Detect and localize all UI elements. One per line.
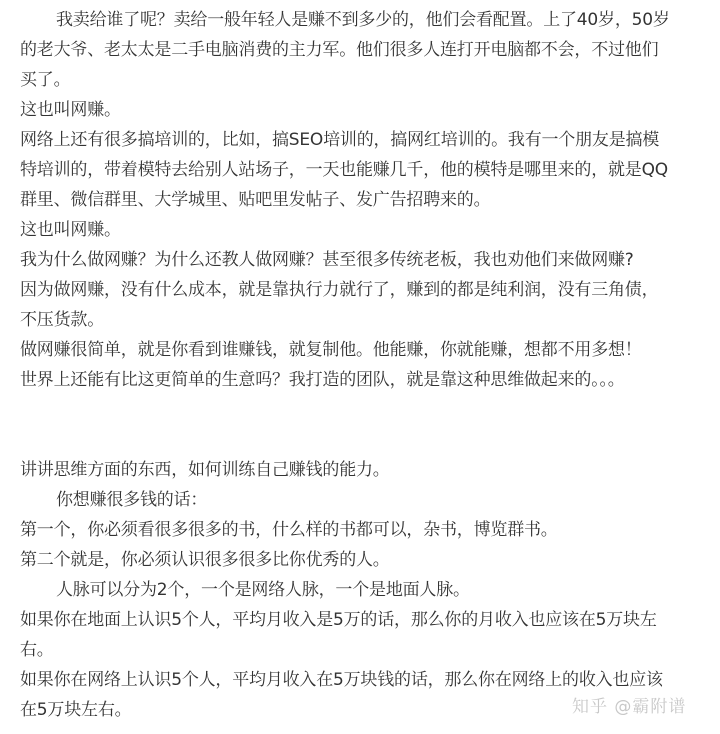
- paragraph-line: 因为做网赚，没有什么成本，就是靠执行力就行了，赚到的都是纯利润，没有三角债，: [20, 275, 710, 305]
- section-mindset: 讲讲思维方面的东西，如何训练自己赚钱的能力。 你想赚很多钱的话： 第一个，你必须…: [20, 455, 710, 725]
- paragraph-line: 讲讲思维方面的东西，如何训练自己赚钱的能力。: [20, 455, 710, 485]
- paragraph-line: 做网赚很简单，就是你看到谁赚钱，就复制他。他能赚，你就能赚，想都不用多想！: [20, 335, 710, 365]
- paragraph-line: 群里、微信群里、大学城里、贴吧里发帖子、发广告招聘来的。: [20, 185, 710, 215]
- paragraph-line: 世界上还能有比这更简单的生意吗？我打造的团队，就是靠这种思维做起来的。。。: [20, 365, 710, 395]
- paragraph-line: 第二个就是，你必须认识很多很多比你优秀的人。: [20, 545, 710, 575]
- section-spacer: [20, 395, 710, 455]
- paragraph-line: 如果你在地面上认识5个人，平均月收入是5万的话，那么你的月收入也应该在5万块左: [20, 605, 710, 635]
- paragraph-line: 买了。: [20, 65, 710, 95]
- paragraph-line: 如果你在网络上认识5个人，平均月收入在5万块钱的话，那么你在网络上的收入也应该: [20, 665, 710, 695]
- paragraph-line: 这也叫网赚。: [20, 95, 710, 125]
- paragraph-line: 右。: [20, 635, 710, 665]
- paragraph-line: 第一个，你必须看很多很多的书，什么样的书都可以，杂书，博览群书。: [20, 515, 710, 545]
- article-body: 我卖给谁了呢？卖给一般年轻人是赚不到多少的，他们会看配置。上了40岁，50岁 的…: [20, 5, 710, 725]
- paragraph-line: 这也叫网赚。: [20, 215, 710, 245]
- paragraph-line: 的老大爷、老太太是二手电脑消费的主力军。他们很多人连打开电脑都不会，不过他们: [20, 35, 710, 65]
- section-online-earning: 我卖给谁了呢？卖给一般年轻人是赚不到多少的，他们会看配置。上了40岁，50岁 的…: [20, 5, 710, 395]
- paragraph-line: 特培训的，带着模特去给别人站场子，一天也能赚几千，他的模特是哪里来的，就是QQ: [20, 155, 710, 185]
- paragraph-line: 网络上还有很多搞培训的，比如，搞SEO培训的，搞网红培训的。我有一个朋友是搞模: [20, 125, 710, 155]
- paragraph-line: 人脉可以分为2个，一个是网络人脉，一个是地面人脉。: [20, 575, 710, 605]
- paragraph-line: 我卖给谁了呢？卖给一般年轻人是赚不到多少的，他们会看配置。上了40岁，50岁: [20, 5, 710, 35]
- zhihu-watermark: 知乎 @霸附谱: [572, 692, 686, 717]
- paragraph-line: 不压货款。: [20, 305, 710, 335]
- paragraph-line: 我为什么做网赚？为什么还教人做网赚？甚至很多传统老板，我也劝他们来做网赚?: [20, 245, 710, 275]
- paragraph-line: 你想赚很多钱的话：: [20, 485, 710, 515]
